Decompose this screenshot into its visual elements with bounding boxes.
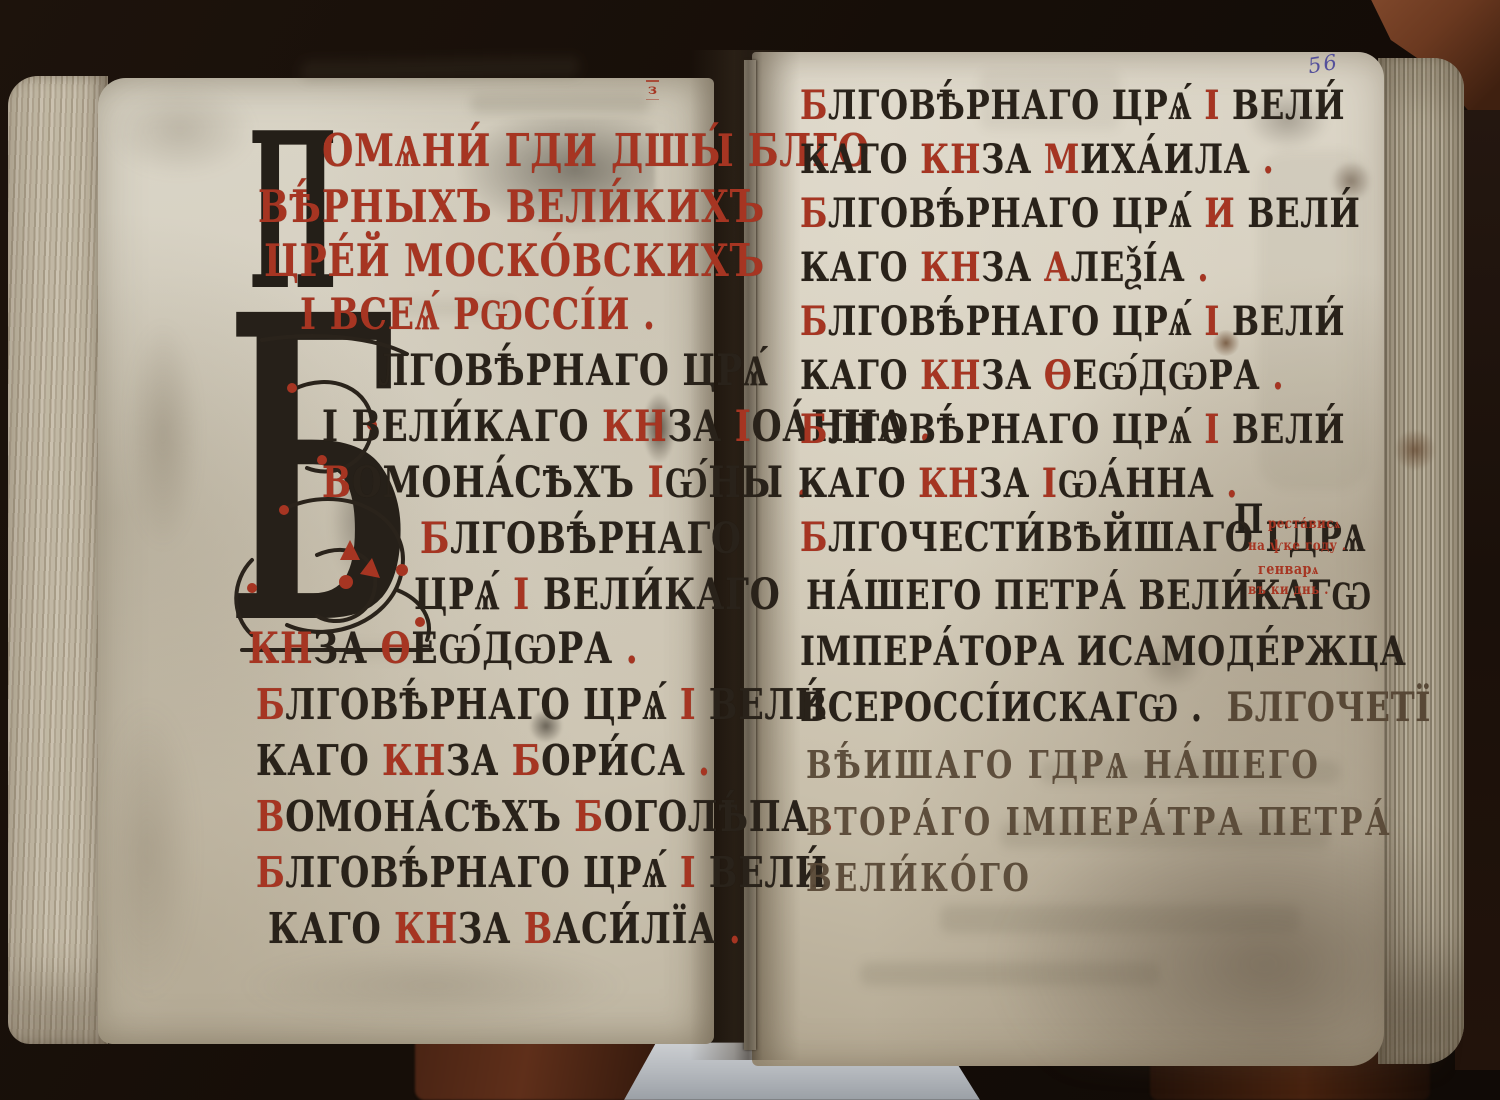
margin-note: реста́висѧна ѱке году .генварѧвъ ки днь … xyxy=(0,0,1500,1100)
folio-number: 56 xyxy=(1306,50,1340,79)
margin-note-line: на ѱке году . xyxy=(1248,538,1347,554)
margin-note-line: генварѧ xyxy=(1258,560,1319,579)
quire-mark: з xyxy=(646,80,659,100)
open-manuscript-book: П Б омѧни́ гди дшы́ блговѣ́рныхъ вели́ки… xyxy=(0,0,1500,1100)
margin-note-line: въ ки днь . xyxy=(1248,582,1329,598)
margin-note-line: реста́висѧ xyxy=(1268,516,1340,533)
